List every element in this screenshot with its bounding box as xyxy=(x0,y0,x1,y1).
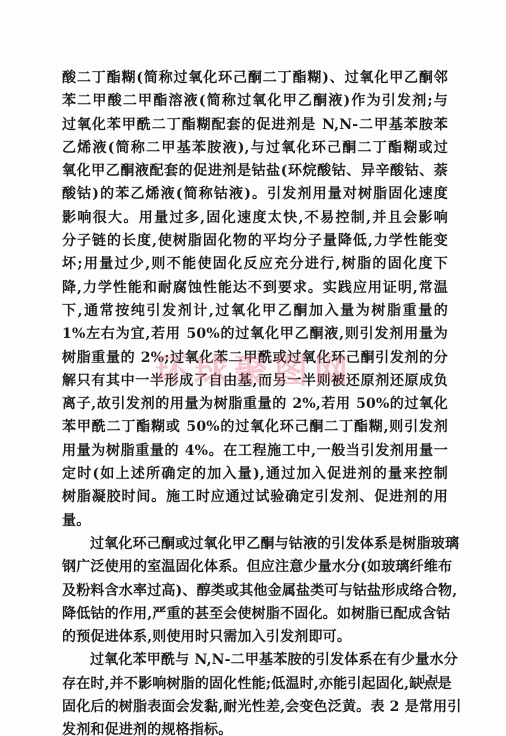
text-line: 量。 xyxy=(62,510,448,533)
text-line: 降低钴的作用,严重的甚至会使树脂不固化。如树脂已配成含钴 xyxy=(62,603,448,626)
text-line: 树脂凝胶时间。施工时应通过试验确定引发剂、促进剂的用 xyxy=(62,486,448,509)
text-line: 氧化甲乙酮液配套的促进剂是钴盐(环烷酸钴、异辛酸钴、萘 xyxy=(62,160,448,183)
text-line: 固化后的树脂表面会发黏,耐光性差,会变色泛黄。表 2 是常用引 xyxy=(62,696,448,719)
text-line: 1%左右为宜,若用 50%的过氧化甲乙酮液,则引发剂用量为 xyxy=(62,323,448,346)
body-text: 酸二丁酯糊(简称过氧化环己酮二丁酯糊)、过氧化甲乙酮邻苯二甲酸二甲酯溶液(简称过… xyxy=(62,67,448,736)
text-line: 离子,故引发剂的用量为树脂重量的 2%,若用 50%的过氧化 xyxy=(62,393,448,416)
text-line: 乙烯液(简称二甲基苯胺液),与过氧化环己酮二丁酯糊或过 xyxy=(62,137,448,160)
text-line: 分子链的长度,使树脂固化物的平均分子量降低,力学性能变 xyxy=(62,230,448,253)
text-line: 下,通常按纯引发剂计,过氧化甲乙酮加入量为树脂重量的 xyxy=(62,300,448,323)
text-line: 酸钴)的苯乙烯液(简称钴液)。引发剂用量对树脂固化速度 xyxy=(62,183,448,206)
text-line: 树脂重量的 2%;过氧化苯二甲酰或过氧化环己酮引发剂的分 xyxy=(62,347,448,370)
text-line: 过氧化苯甲酰二丁酯糊配套的促进剂是 N,N-二甲基苯胺苯 xyxy=(62,114,448,137)
text-line: 苯甲酰二丁酯糊或 50%的过氧化环己酮二丁酯糊,则引发剂 xyxy=(62,416,448,439)
text-line: 钢广泛使用的室温固化体系。但应注意少量水分(如玻璃纤维布 xyxy=(62,556,448,579)
text-line: 存在时,并不影响树脂的固化性能;低温时,亦能引起固化,缺点是 xyxy=(62,673,448,696)
text-line: 过氧化环己酮或过氧化甲乙酮与钴液的引发体系是树脂玻璃 xyxy=(62,533,448,556)
text-line: 影响很大。用量过多,固化速度太快,不易控制,并且会影响 xyxy=(62,207,448,230)
page-number: · 121 · xyxy=(400,669,460,689)
text-line: 降,力学性能和耐腐蚀性能达不到要求。实践应用证明,常温 xyxy=(62,277,448,300)
text-line: 解只有其中一半形成了自由基,而另一半则被还原剂还原成负 xyxy=(62,370,448,393)
text-line: 苯二甲酸二甲酯溶液(简称过氧化甲乙酮液)作为引发剂;与 xyxy=(62,90,448,113)
text-line: 的预促进体系,则使用时只需加入引发剂即可。 xyxy=(62,626,448,649)
text-line: 发剂和促进剂的规格指标。 xyxy=(62,719,448,736)
text-line: 酸二丁酯糊(简称过氧化环己酮二丁酯糊)、过氧化甲乙酮邻 xyxy=(62,67,448,90)
document-page: 酸二丁酯糊(简称过氧化环己酮二丁酯糊)、过氧化甲乙酮邻苯二甲酸二甲酯溶液(简称过… xyxy=(0,0,506,736)
text-line: 过氧化苯甲酰与 N,N-二甲基苯胺的引发体系在有少量水分 xyxy=(62,649,448,672)
text-line: 用量为树脂重量的 4%。在工程施工中,一般当引发剂用量一 xyxy=(62,440,448,463)
text-line: 定时(如上述所确定的加入量),通过加入促进剂的量来控制 xyxy=(62,463,448,486)
text-line: 坏;用量过少,则不能使固化反应充分进行,树脂的固化度下 xyxy=(62,253,448,276)
text-line: 及粉料含水率过高)、醇类或其他金属盐类可与钴盐形成络合物, xyxy=(62,580,448,603)
